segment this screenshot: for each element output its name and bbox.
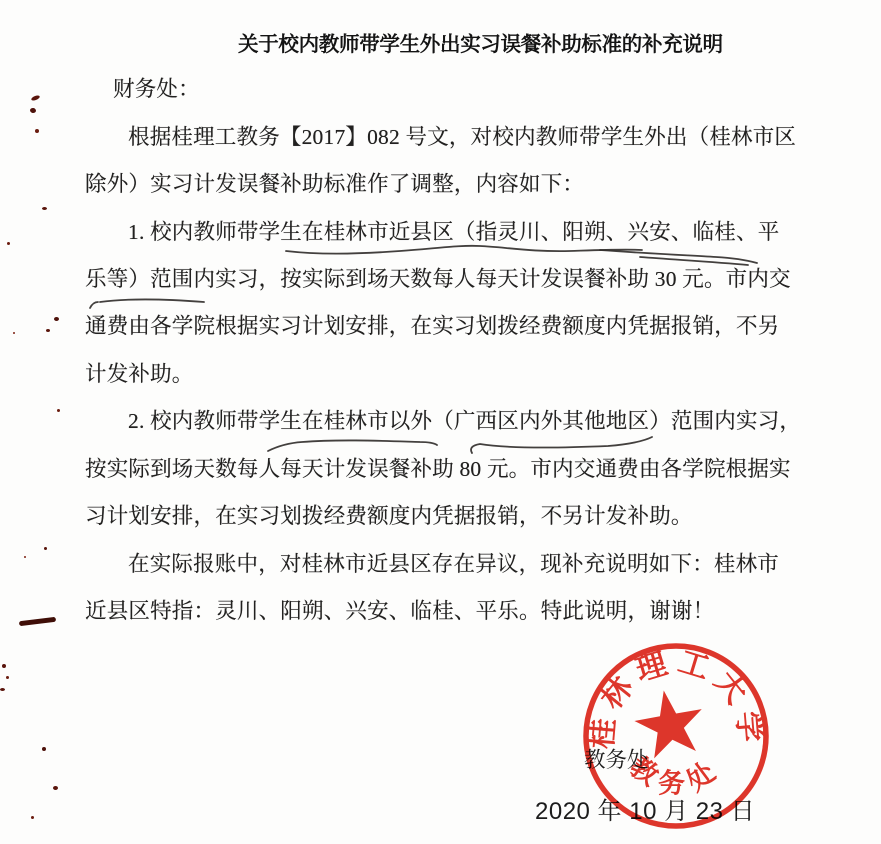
ink-speck — [0, 688, 5, 691]
ink-speck — [7, 242, 10, 245]
body-line: 计发补助。 — [85, 361, 194, 388]
underline-leyue-tick — [90, 302, 98, 308]
ink-speck — [13, 332, 15, 334]
ink-speck — [42, 207, 47, 210]
ink-dash — [19, 617, 56, 626]
body-line: 根据桂理工教务【2017】082 号文，对校内教师带学生外出（桂林市区 — [128, 124, 796, 151]
body-line: 2. 校内教师带学生在桂林市以外（广西区内外其他地区）范围内实习， — [128, 408, 801, 435]
ink-speck — [57, 409, 60, 412]
body-line: 1. 校内教师带学生在桂林市近县区（指灵川、阳朔、兴安、临桂、平 — [128, 219, 779, 246]
ink-speck — [35, 129, 39, 133]
ink-speck — [30, 107, 37, 113]
ink-speck — [2, 664, 6, 668]
underline-leyue — [100, 299, 204, 302]
body-line: 除外）实习计发误餐补助标准作了调整，内容如下： — [85, 171, 584, 198]
seal-star-icon — [630, 685, 709, 761]
underline-guangxi-regions — [471, 437, 652, 453]
underline-near-counties-2 — [600, 250, 757, 263]
body-line: 习计划安排，在实习划拨经费额度内凭据报销，不另计发补助。 — [85, 503, 693, 530]
underline-near-counties — [286, 246, 642, 254]
official-seal: 桂林理工大学 教务处 — [576, 636, 776, 836]
underline-near-counties-3 — [640, 257, 748, 265]
ink-speck — [42, 747, 46, 751]
scanned-document-page: 关于校内教师带学生外出实习误餐补助标准的补充说明 财务处： 根据桂理工教务【20… — [0, 0, 881, 844]
ink-speck — [6, 676, 9, 679]
body-line: 按实际到场天数每人每天计发误餐补助 80 元。市内交通费由各学院根据实 — [85, 456, 791, 483]
ink-speck — [54, 317, 59, 321]
ink-speck — [31, 94, 41, 101]
ink-speck — [46, 329, 50, 332]
body-line: 通费由各学院根据实习计划安排，在实习划拨经费额度内凭据报销，不另 — [85, 313, 779, 340]
ink-speck — [44, 547, 47, 550]
ink-speck — [24, 556, 26, 558]
salutation: 财务处： — [113, 76, 200, 103]
body-line: 乐等）范围内实习，按实际到场天数每人每天计发误餐补助 30 元。市内交 — [85, 266, 791, 293]
underline-outside-guilin — [268, 440, 437, 451]
ink-speck — [53, 786, 58, 790]
ink-speck — [31, 816, 34, 819]
body-line: 在实际报账中，对桂林市近县区存在异议，现补充说明如下：桂林市 — [128, 551, 779, 578]
seal-bottom-text: 教务处 — [624, 751, 728, 798]
body-line: 近县区特指：灵川、阳朔、兴安、临桂、平乐。特此说明，谢谢！ — [85, 598, 714, 625]
document-title: 关于校内教师带学生外出实习误餐补助标准的补充说明 — [238, 27, 723, 57]
